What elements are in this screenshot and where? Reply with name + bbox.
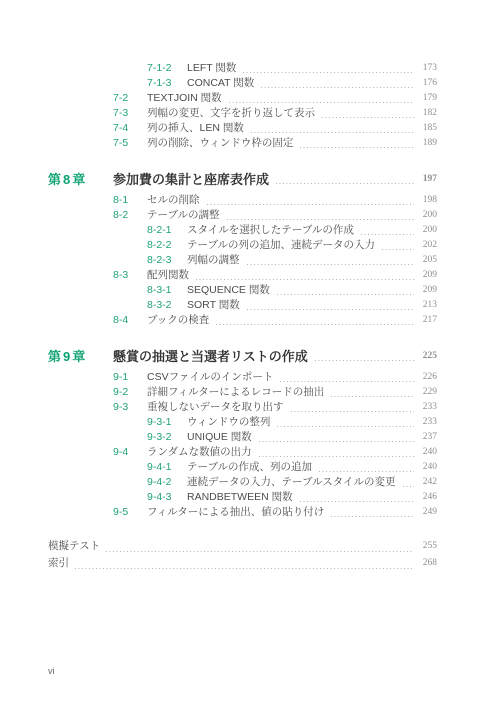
toc-entry-number: 7-1-3 bbox=[147, 76, 187, 91]
toc-entry-title: UNIQUE 関数 bbox=[187, 430, 252, 445]
toc-entry: 7-4 列の挿入、LEN 関数 185 bbox=[48, 121, 437, 136]
toc-entry: 7-2 TEXTJOIN 関数 179 bbox=[48, 91, 437, 106]
toc-entry-page: 182 bbox=[419, 106, 437, 121]
dot-leader bbox=[106, 551, 414, 552]
toc-entry: 9-4-1 テーブルの作成、列の追加 240 bbox=[48, 460, 437, 475]
toc-entry-number: 8-3-1 bbox=[147, 283, 187, 298]
dot-leader bbox=[196, 279, 414, 280]
toc-entry: 8-2 テーブルの調整 200 bbox=[48, 208, 437, 223]
toc-entry-title: ブックの検査 bbox=[147, 313, 209, 328]
toc-entry-title: セルの削除 bbox=[147, 193, 200, 208]
toc-entry: 9-3-1 ウィンドウの整列 233 bbox=[48, 415, 437, 430]
toc-entry-title: CSVファイルのインポート bbox=[147, 370, 273, 385]
toc-entry: 9-3 重複しないデータを取り出す 233 bbox=[48, 400, 437, 415]
toc-entry: 9-3-2 UNIQUE 関数 237 bbox=[48, 430, 437, 445]
dot-leader bbox=[331, 516, 414, 517]
dot-leader bbox=[247, 264, 415, 265]
dot-leader bbox=[261, 87, 414, 88]
toc-entry-page: 226 bbox=[419, 370, 437, 385]
toc-chapter-heading: 第8章 参加費の集計と座席表作成 197 bbox=[48, 171, 437, 188]
toc-entry: 9-4-3 RANDBETWEEN 関数 246 bbox=[48, 490, 437, 505]
toc-entry-page: 176 bbox=[419, 76, 437, 91]
toc-entry-number: 8-3 bbox=[113, 268, 147, 283]
dot-leader bbox=[276, 183, 414, 184]
toc-entry-number: 9-4-2 bbox=[147, 475, 187, 490]
toc-entry-number: 9-4-1 bbox=[147, 460, 187, 475]
dot-leader bbox=[251, 132, 414, 133]
dot-leader bbox=[207, 204, 415, 205]
toc-entry-page: 246 bbox=[419, 490, 437, 505]
toc-entry-page: 205 bbox=[419, 253, 437, 268]
dot-leader bbox=[319, 471, 414, 472]
toc-entry-title: TEXTJOIN 関数 bbox=[147, 91, 222, 106]
page-number-folio: vi bbox=[48, 666, 55, 676]
toc-entry-page: 233 bbox=[419, 400, 437, 415]
toc-entry: 8-3-2 SORT 関数 213 bbox=[48, 298, 437, 313]
toc-backmatter-entry: 模擬テスト 255 bbox=[48, 538, 437, 555]
toc-entry-number: 8-2 bbox=[113, 208, 147, 223]
toc-entry-title: 配列関数 bbox=[147, 268, 189, 283]
toc-entry-page: 249 bbox=[419, 505, 437, 520]
toc-entry-page: 200 bbox=[419, 208, 437, 223]
toc-entry: 7-1-2 LEFT 関数 173 bbox=[48, 61, 437, 76]
dot-leader bbox=[361, 234, 414, 235]
dot-leader bbox=[300, 147, 414, 148]
toc-entry-number: 9-1 bbox=[113, 370, 147, 385]
toc-entry-number: 7-4 bbox=[113, 121, 147, 136]
dot-leader bbox=[229, 102, 414, 103]
toc-entry-number: 9-3-2 bbox=[147, 430, 187, 445]
toc-entry-page: 242 bbox=[419, 475, 437, 490]
toc-entry-title: 索引 bbox=[48, 555, 69, 572]
toc-entry-page: 268 bbox=[419, 555, 437, 572]
toc-entry-title: 列の挿入、LEN 関数 bbox=[147, 121, 244, 136]
toc-entry-number: 9-3 bbox=[113, 400, 147, 415]
toc-entry-number: 8-2-2 bbox=[147, 238, 187, 253]
toc-list: 7-1-2 LEFT 関数 173 7-1-3 CONCAT 関数 176 7-… bbox=[48, 61, 437, 572]
toc-entry-number: 8-2-1 bbox=[147, 223, 187, 238]
toc-entry-title: テーブルの作成、列の追加 bbox=[187, 460, 312, 475]
toc-entry-page: 209 bbox=[419, 283, 437, 298]
toc-entry: 8-2-1 スタイルを選択したテーブルの作成 200 bbox=[48, 223, 437, 238]
toc-entry-page: 173 bbox=[419, 61, 437, 76]
dot-leader bbox=[259, 456, 414, 457]
toc-entry-number: 7-2 bbox=[113, 91, 147, 106]
toc-entry-number: 8-2-3 bbox=[147, 253, 187, 268]
toc-entry-title: SEQUENCE 関数 bbox=[187, 283, 270, 298]
toc-entry-title: フィルターによる抽出、値の貼り付け bbox=[147, 505, 324, 520]
toc-entry-page: 200 bbox=[419, 223, 437, 238]
toc-entry-number: 7-5 bbox=[113, 136, 147, 151]
toc-entry: 9-2 詳細フィルターによるレコードの抽出 229 bbox=[48, 385, 437, 400]
toc-entry: 7-3 列幅の変更、文字を折り返して表示 182 bbox=[48, 106, 437, 121]
toc-entry: 9-5 フィルターによる抽出、値の貼り付け 249 bbox=[48, 505, 437, 520]
toc-entry-title: 重複しないデータを取り出す bbox=[147, 400, 284, 415]
toc-entry-title: 列幅の変更、文字を折り返して表示 bbox=[147, 106, 315, 121]
toc-entry-number: 9-4 bbox=[113, 445, 147, 460]
toc-backmatter-entry: 索引 268 bbox=[48, 555, 437, 572]
toc-entry-page: 213 bbox=[419, 298, 437, 313]
toc-entry: 8-4 ブックの検査 217 bbox=[48, 313, 437, 328]
toc-entry-number: 9-5 bbox=[113, 505, 147, 520]
toc-entry: 8-1 セルの削除 198 bbox=[48, 193, 437, 208]
toc-entry-number: 8-4 bbox=[113, 313, 147, 328]
toc-entry-page: 240 bbox=[419, 460, 437, 475]
dot-leader bbox=[247, 309, 414, 310]
dot-leader bbox=[315, 360, 414, 361]
chapter-number: 第9章 bbox=[48, 348, 113, 365]
dot-leader bbox=[277, 426, 414, 427]
toc-entry-number: 9-2 bbox=[113, 385, 147, 400]
toc-entry-title: 詳細フィルターによるレコードの抽出 bbox=[147, 385, 324, 400]
toc-entry: 9-1 CSVファイルのインポート 226 bbox=[48, 370, 437, 385]
toc-entry-title: 連続データの入力、テーブルスタイルの変更 bbox=[187, 475, 396, 490]
toc-entry-title: RANDBETWEEN 関数 bbox=[187, 490, 293, 505]
toc-entry-title: 列幅の調整 bbox=[187, 253, 240, 268]
toc-entry: 8-3-1 SEQUENCE 関数 209 bbox=[48, 283, 437, 298]
chapter-title: 参加費の集計と座席表作成 bbox=[113, 171, 269, 188]
toc-entry-title: スタイルを選択したテーブルの作成 bbox=[187, 223, 354, 238]
toc-entry-page: 185 bbox=[419, 121, 437, 136]
toc-entry-number: 8-3-2 bbox=[147, 298, 187, 313]
toc-entry-page: 198 bbox=[419, 193, 437, 208]
dot-leader bbox=[216, 324, 414, 325]
chapter-page: 225 bbox=[419, 348, 437, 365]
dot-leader bbox=[291, 411, 415, 412]
dot-leader bbox=[277, 294, 414, 295]
toc-page: 7-1-2 LEFT 関数 173 7-1-3 CONCAT 関数 176 7-… bbox=[0, 0, 500, 705]
toc-entry: 8-2-3 列幅の調整 205 bbox=[48, 253, 437, 268]
toc-entry-page: 202 bbox=[419, 238, 437, 253]
dot-leader bbox=[322, 117, 414, 118]
toc-entry-title: CONCAT 関数 bbox=[187, 76, 254, 91]
dot-leader bbox=[280, 381, 414, 382]
toc-entry-title: テーブルの調整 bbox=[147, 208, 220, 223]
toc-entry: 9-4 ランダムな数値の出力 240 bbox=[48, 445, 437, 460]
toc-entry-number: 7-3 bbox=[113, 106, 147, 121]
toc-entry-page: 217 bbox=[419, 313, 437, 328]
dot-leader bbox=[75, 568, 414, 569]
toc-entry-number: 7-1-2 bbox=[147, 61, 187, 76]
dot-leader bbox=[331, 396, 414, 397]
toc-entry-title: ランダムな数値の出力 bbox=[147, 445, 252, 460]
toc-entry: 9-4-2 連続データの入力、テーブルスタイルの変更 242 bbox=[48, 475, 437, 490]
toc-entry-title: 列の削除、ウィンドウ枠の固定 bbox=[147, 136, 293, 151]
toc-entry-page: 255 bbox=[419, 538, 437, 555]
toc-entry: 8-2-2 テーブルの列の追加、連続データの入力 202 bbox=[48, 238, 437, 253]
chapter-number: 第8章 bbox=[48, 171, 113, 188]
toc-chapter-heading: 第9章 懸賞の抽選と当選者リストの作成 225 bbox=[48, 348, 437, 365]
dot-leader bbox=[243, 72, 414, 73]
toc-entry-title: ウィンドウの整列 bbox=[187, 415, 270, 430]
toc-entry-title: LEFT 関数 bbox=[187, 61, 236, 76]
dot-leader bbox=[300, 501, 414, 502]
dot-leader bbox=[259, 441, 414, 442]
toc-entry-page: 179 bbox=[419, 91, 437, 106]
toc-entry-page: 189 bbox=[419, 136, 437, 151]
dot-leader bbox=[382, 249, 414, 250]
toc-entry-title: SORT 関数 bbox=[187, 298, 240, 313]
toc-entry-title: 模擬テスト bbox=[48, 538, 100, 555]
chapter-title: 懸賞の抽選と当選者リストの作成 bbox=[113, 348, 308, 365]
toc-entry-page: 237 bbox=[419, 430, 437, 445]
toc-entry-page: 229 bbox=[419, 385, 437, 400]
toc-entry: 8-3 配列関数 209 bbox=[48, 268, 437, 283]
toc-entry: 7-5 列の削除、ウィンドウ枠の固定 189 bbox=[48, 136, 437, 151]
toc-entry-page: 209 bbox=[419, 268, 437, 283]
toc-entry-number: 9-4-3 bbox=[147, 490, 187, 505]
toc-entry-title: テーブルの列の追加、連続データの入力 bbox=[187, 238, 375, 253]
toc-entry-page: 240 bbox=[419, 445, 437, 460]
chapter-page: 197 bbox=[419, 171, 437, 188]
toc-entry: 7-1-3 CONCAT 関数 176 bbox=[48, 76, 437, 91]
toc-entry-number: 8-1 bbox=[113, 193, 147, 208]
toc-entry-number: 9-3-1 bbox=[147, 415, 187, 430]
toc-entry-page: 233 bbox=[419, 415, 437, 430]
dot-leader bbox=[227, 219, 414, 220]
dot-leader bbox=[403, 486, 414, 487]
